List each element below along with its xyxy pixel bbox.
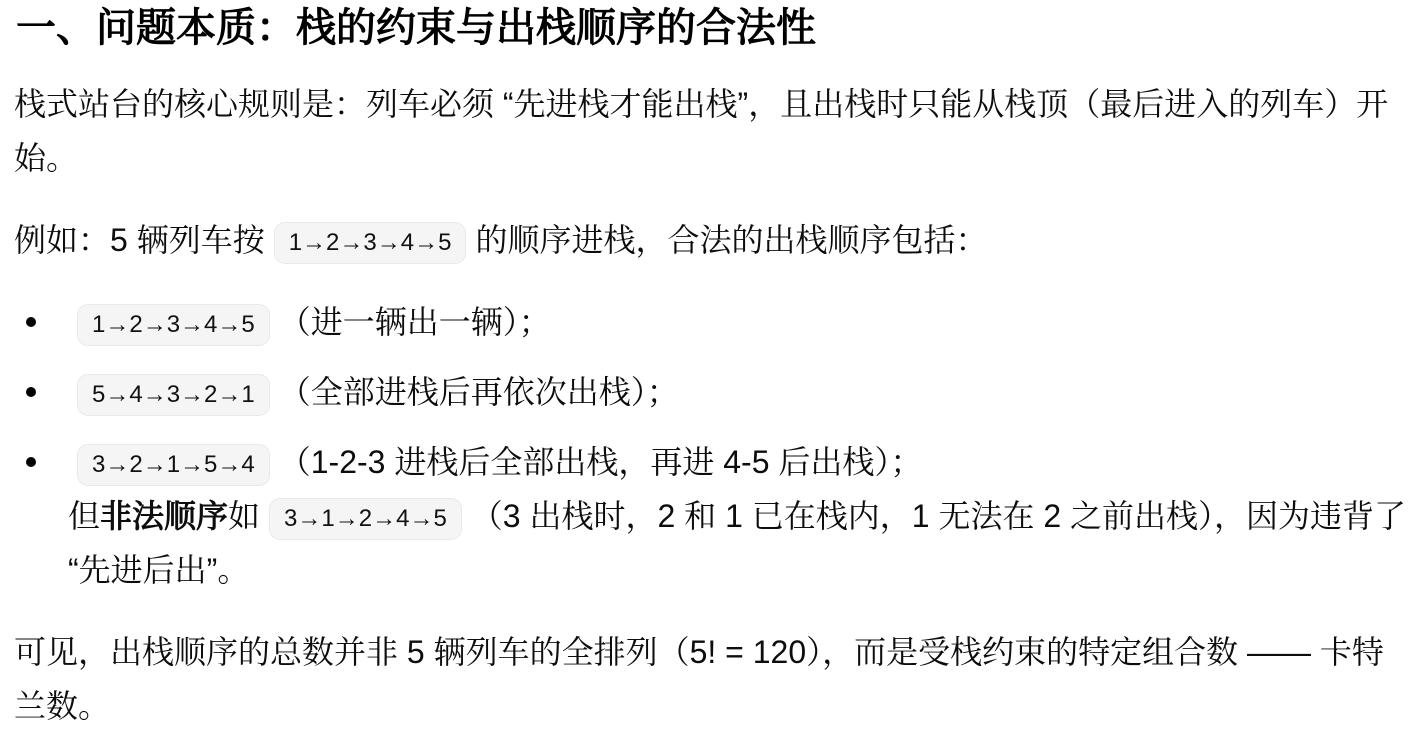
inline-code-order-3: 3→2→1→5→4: [77, 444, 270, 486]
bullet-icon: [26, 387, 36, 397]
bullet-icon: [26, 317, 36, 327]
list-item-order-2: 5→4→3→2→1（全部进栈后再依次出栈）；: [14, 365, 1415, 419]
order-2-description: （全部进栈后再依次出栈）；: [279, 374, 679, 410]
note-text-after-bold: 如: [228, 498, 260, 534]
inline-code-order-1: 1→2→3→4→5: [77, 304, 270, 346]
paragraph-conclusion: 可见，出栈顺序的总数并非 5 辆列车的全排列（5! = 120），而是受栈约束的…: [14, 625, 1415, 733]
illegal-order-note: 但非法顺序如3→1→2→4→5（3 出栈时，2 和 1 已在栈内，1 无法在 2…: [68, 489, 1415, 597]
paragraph-stack-rule: 栈式站台的核心规则是：列车必须 “先进栈才能出栈”，且出栈时只能从栈顶（最后进入…: [14, 77, 1415, 185]
example-text-before: 例如：5 辆列车按: [14, 222, 265, 258]
order-3-description: （1-2-3 进栈后全部出栈，再进 4-5 后出栈）；: [279, 444, 923, 480]
legal-orders-list: 1→2→3→4→5（进一辆出一辆）； 5→4→3→2→1（全部进栈后再依次出栈）…: [14, 295, 1415, 597]
note-text-before-bold: 但: [68, 498, 100, 534]
paragraph-example: 例如：5 辆列车按1→2→3→4→5的顺序进栈，合法的出栈顺序包括：: [14, 213, 1415, 267]
inline-code-illegal-order: 3→1→2→4→5: [269, 498, 462, 540]
example-text-after: 的顺序进栈，合法的出栈顺序包括：: [475, 222, 987, 258]
order-1-description: （进一辆出一辆）；: [279, 304, 551, 340]
section-heading: 一、问题本质：栈的约束与出栈顺序的合法性: [16, 2, 1415, 54]
bullet-icon: [26, 457, 36, 467]
inline-code-order-2: 5→4→3→2→1: [77, 374, 270, 416]
list-item-order-3: 3→2→1→5→4（1-2-3 进栈后全部出栈，再进 4-5 后出栈）； 但非法…: [14, 435, 1415, 597]
document-page: 一、问题本质：栈的约束与出栈顺序的合法性 栈式站台的核心规则是：列车必须 “先进…: [0, 0, 1425, 733]
inline-code-push-order: 1→2→3→4→5: [274, 222, 467, 264]
illegal-order-bold-label: 非法顺序: [100, 498, 228, 534]
list-item-order-1: 1→2→3→4→5（进一辆出一辆）；: [14, 295, 1415, 349]
